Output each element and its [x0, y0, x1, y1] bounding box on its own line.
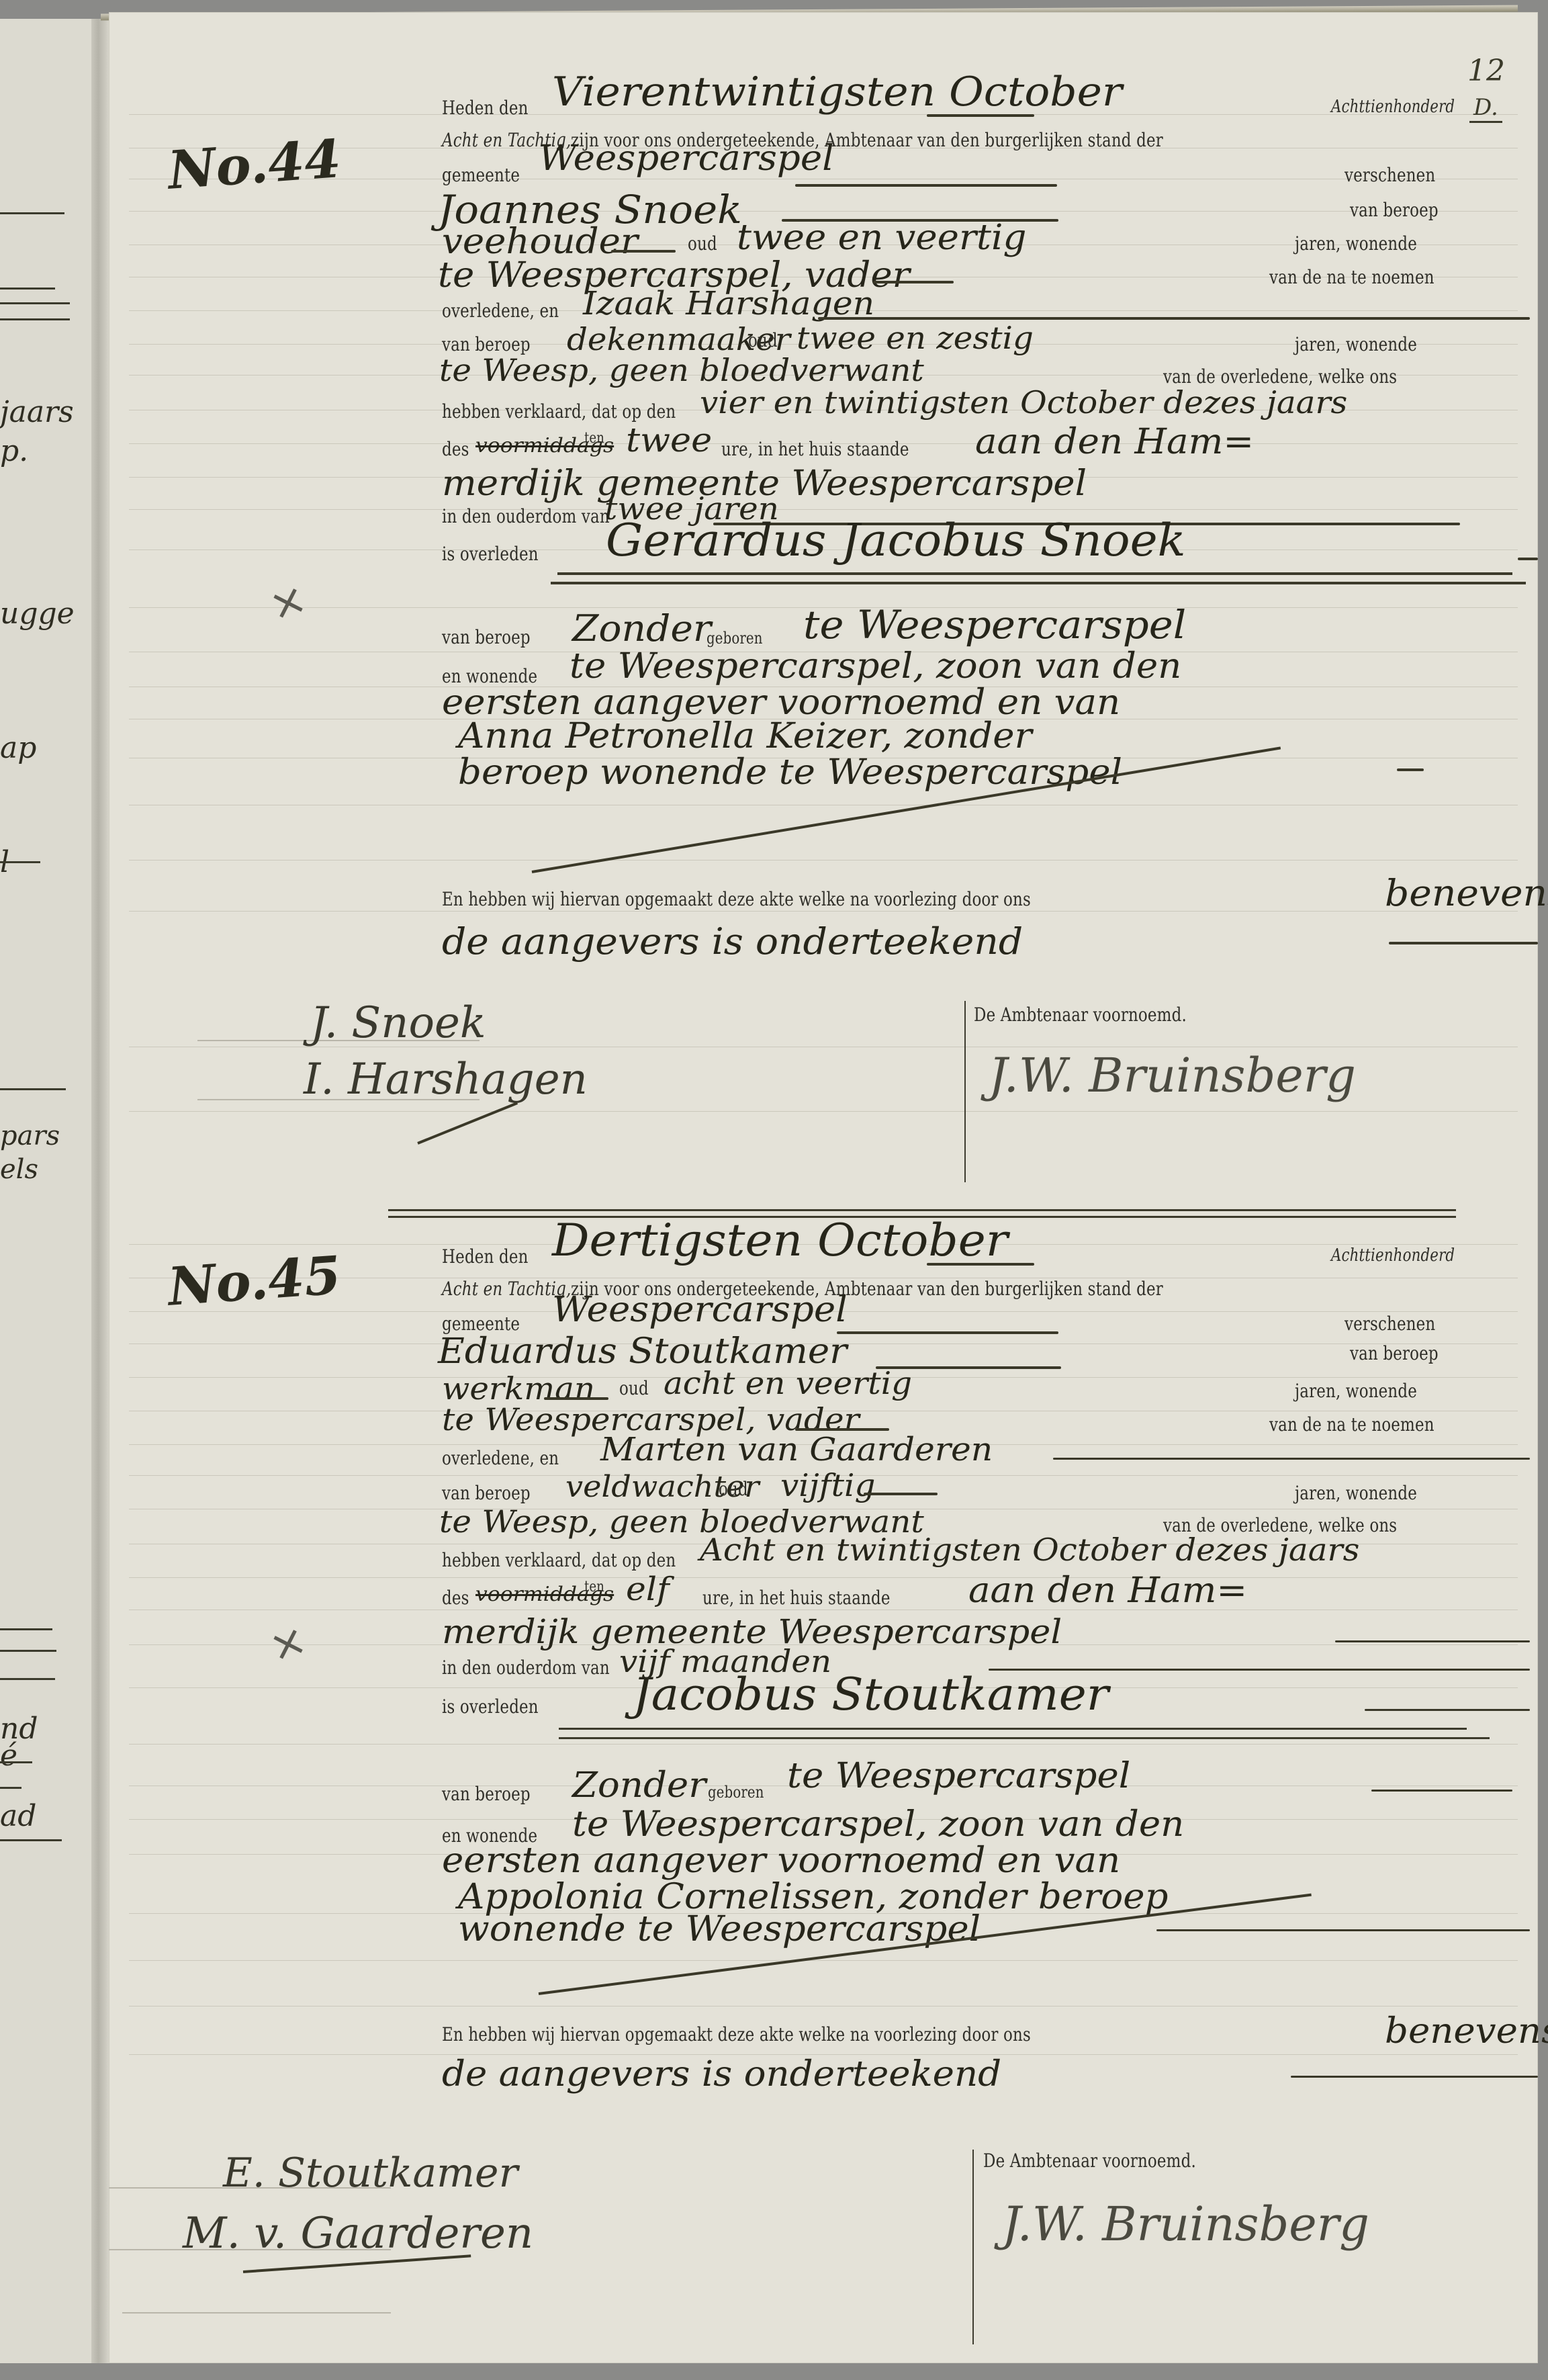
printed-van-beroep-2: van beroep [442, 1482, 531, 1504]
printed-jaren-wonende-2: jaren, wonende [1295, 1482, 1417, 1504]
written-closing-1: benevens [1385, 872, 1548, 914]
printed-verschenen: verschenen [1345, 1313, 1435, 1335]
printed-van-beroep: van beroep [1350, 1342, 1439, 1364]
printed-van-de-na-te-noemen: van de na te noemen [1269, 1413, 1435, 1436]
written-declarant2-age: twee en zestig [796, 320, 1034, 356]
printed-ouderdom: in den ouderdom van [442, 505, 610, 527]
name-underline [559, 1737, 1490, 1739]
printed-verschenen: verschenen [1345, 164, 1435, 186]
written-house-location-1: aan den Ham= [975, 422, 1254, 462]
left-page-rule [0, 1628, 52, 1630]
name-underline [551, 582, 1526, 584]
printed-des: des [442, 1587, 469, 1609]
fill-dash [1335, 1640, 1530, 1642]
left-page-rule [0, 1088, 66, 1090]
signature-declarant-2: M. v. Gaarderen [183, 2209, 533, 2258]
left-page-fragment: ad [0, 1799, 36, 1833]
printed-heden-den: Heden den [442, 97, 529, 119]
left-page-fragment: els [0, 1154, 38, 1185]
printed-oud-2: oud [748, 329, 778, 351]
written-relation-4: beroep wonende te Weespercarspel [458, 752, 1122, 793]
fill-dash [927, 1263, 1034, 1266]
written-death-date: Acht en twintigsten October dezes jaars [700, 1532, 1359, 1568]
written-birthplace: te Weespercarspel [787, 1756, 1130, 1796]
printed-oud: oud [688, 232, 717, 255]
printed-jaren-wonende-2: jaren, wonende [1295, 333, 1417, 355]
printed-jaren-wonende: jaren, wonende [1295, 1380, 1417, 1402]
left-page-rule [0, 1678, 55, 1680]
printed-ouderdom: in den ouderdom van [442, 1657, 610, 1679]
written-relation-4: wonende te Weespercarspel [458, 1909, 981, 1949]
left-page-fragment: é [0, 1738, 17, 1773]
written-death-date: vier en twintigsten October dezes jaars [700, 384, 1347, 421]
record-number: No.45 [166, 1245, 343, 1318]
signature-official: J.W. Bruinsberg [1002, 2197, 1369, 2252]
signature-declarant-1: J. Snoek [310, 998, 486, 1048]
fill-dash [1397, 768, 1424, 771]
name-underline [559, 1728, 1467, 1730]
left-page-fragment: ap [0, 731, 36, 765]
printed-ten: ten [584, 1579, 604, 1595]
record-number: No.44 [166, 128, 343, 202]
signature-divider [972, 2150, 974, 2344]
left-page-rule [0, 861, 40, 863]
printed-is-overleden: is overleden [442, 543, 539, 565]
left-page-fragment: ugge [0, 597, 75, 631]
fill-dash [544, 1397, 608, 1400]
written-house-location-1: aan den Ham= [968, 1571, 1247, 1611]
written-date: Vierentwintigsten October [552, 69, 1122, 116]
left-page-fragment: p. [0, 434, 28, 468]
left-page-rule [0, 318, 70, 320]
written-deceased-name: Jacobus Stoutkamer [633, 1669, 1109, 1720]
printed-hebben-verklaard: hebben verklaard, dat op den [442, 1549, 676, 1571]
written-gemeente: Weespercarspel [552, 1290, 848, 1330]
printed-geboren: geboren [708, 1783, 764, 1802]
printed-closing: En hebben wij hiervan opgemaakt deze akt… [442, 2023, 1031, 2045]
fill-dash [1371, 1790, 1512, 1792]
printed-ambtenaar: De Ambtenaar voornoemd. [983, 2150, 1196, 2172]
left-page-fragment: pars [0, 1120, 60, 1151]
book-gutter [91, 19, 109, 2363]
fill-dash [795, 184, 1057, 187]
printed-van-beroep: van beroep [1350, 199, 1439, 221]
written-relation-3: Anna Petronella Keizer, zonder [458, 716, 1032, 756]
left-page-rule [0, 212, 64, 214]
left-page-rule [0, 288, 55, 290]
fill-dash [873, 281, 954, 283]
written-declarant1-age: twee en veertig [737, 218, 1026, 258]
left-page-rule [0, 1650, 56, 1652]
signature-declarant-1: E. Stoutkamer [223, 2150, 518, 2197]
written-closing-2: de aangevers is onderteekend [442, 2054, 1001, 2095]
printed-des: des [442, 438, 469, 460]
fill-dash [1053, 1458, 1530, 1460]
signature-declarant-2: I. Harshagen [304, 1055, 588, 1104]
printed-van-beroep-3: van beroep [442, 1783, 531, 1805]
printed-heden-den: Heden den [442, 1245, 529, 1268]
left-page-rule [0, 1839, 62, 1841]
fill-dash [864, 1493, 938, 1495]
signature-line [122, 2312, 391, 2313]
printed-overledene-en: overledene, en [442, 300, 559, 322]
printed-van-beroep-3: van beroep [442, 626, 531, 648]
cross-mark: × [263, 574, 313, 632]
written-relation-2: eersten aangever voornoemd en van [442, 1841, 1120, 1881]
printed-oud-2: oud [719, 1478, 748, 1500]
written-birthplace: te Weespercarspel [803, 602, 1186, 648]
fill-dash [1389, 942, 1538, 944]
printed-achttienhonderd: Achttienhonderd [1331, 97, 1455, 117]
left-page-rule [0, 1787, 21, 1789]
written-declarant1-age: acht en veertig [664, 1365, 912, 1401]
written-relation-1: te Weespercarspel, zoon van den [570, 646, 1181, 687]
printed-ure-huis-staande: ure, in het huis staande [721, 438, 909, 460]
signature-official: J.W. Bruinsberg [989, 1048, 1356, 1103]
fill-dash [1156, 1929, 1530, 1931]
printed-geboren: geboren [707, 629, 763, 648]
signature-flourish [417, 1102, 518, 1145]
printed-gemeente: gemeente [442, 164, 520, 186]
written-deceased-occupation: Zonder [572, 607, 711, 650]
printed-hebben-verklaard: hebben verklaard, dat op den [442, 400, 676, 423]
printed-van-de-na-te-noemen: van de na te noemen [1269, 266, 1435, 288]
written-declarant2-name: Marten van Gaarderen [600, 1431, 993, 1468]
fill-dash [1518, 558, 1538, 560]
death-record-44: No.44 Heden den Vierentwintigsten Octobe… [109, 0, 1538, 1196]
written-relation-1: te Weespercarspel, zoon van den [572, 1804, 1184, 1845]
fill-dash [1291, 2076, 1538, 2078]
left-page-fragment: jaars [0, 395, 74, 429]
written-date: Dertigsten October [552, 1215, 1008, 1266]
left-page-edge: jaars p. ugge ap l pars els nd é ad [0, 19, 91, 2363]
written-deceased-occupation: Zonder [572, 1765, 706, 1806]
left-page-rule [0, 1761, 32, 1763]
printed-overledene-en: overledene, en [442, 1447, 559, 1469]
printed-jaren-wonende: jaren, wonende [1295, 232, 1417, 255]
written-gemeente: Weespercarspel [539, 138, 834, 179]
printed-ambtenaar: De Ambtenaar voornoemd. [974, 1004, 1187, 1026]
printed-closing: En hebben wij hiervan opgemaakt deze akt… [442, 888, 1031, 910]
fill-dash [837, 1331, 1058, 1334]
name-underline [557, 572, 1512, 575]
written-closing-2: de aangevers is onderteekend [442, 920, 1023, 963]
written-declarant2-age: vijftig [780, 1467, 875, 1503]
written-deceased-name: Gerardus Jacobus Snoek [606, 515, 1186, 566]
printed-is-overleden: is overleden [442, 1695, 539, 1718]
fill-dash [927, 114, 1034, 117]
written-declarant2-residence: te Weesp, geen bloedverwant [439, 352, 924, 388]
fill-dash [1365, 1709, 1530, 1711]
death-record-45: No.45 Heden den Dertigsten October Achtt… [109, 1149, 1538, 2358]
cross-mark: × [263, 1615, 313, 1673]
printed-ure-huis-staande: ure, in het huis staande [702, 1587, 891, 1609]
printed-ten: ten [584, 430, 604, 447]
written-closing-1: benevens [1385, 2011, 1548, 2052]
printed-oud: oud [619, 1377, 649, 1399]
written-hour: twee [626, 421, 712, 459]
written-hour: elf [626, 1571, 670, 1608]
fill-dash [611, 250, 676, 253]
left-page-rule [0, 302, 70, 304]
printed-achttienhonderd: Achttienhonderd [1331, 1245, 1455, 1266]
